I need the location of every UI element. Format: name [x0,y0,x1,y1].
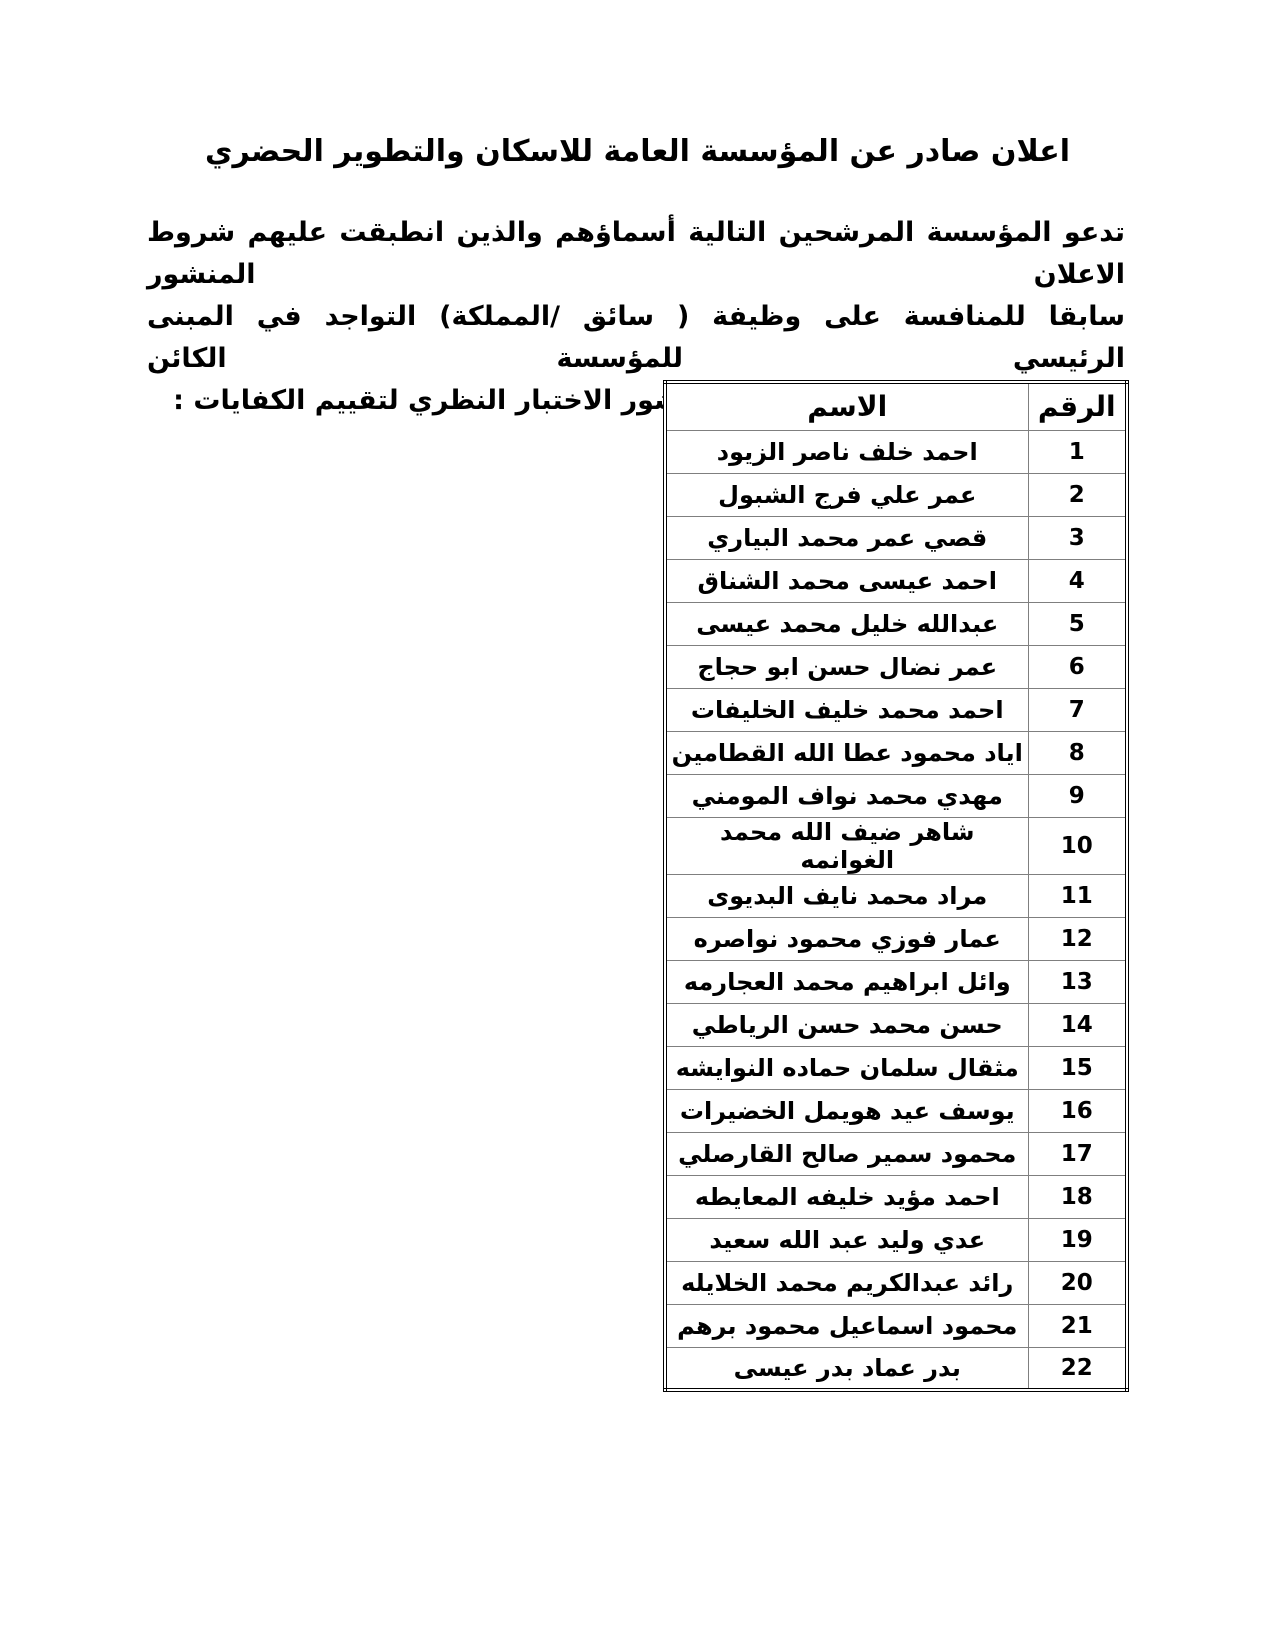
name-cell: مهدي محمد نواف المومني [665,774,1028,817]
name-cell: عمر نضال حسن ابو حجاج [665,645,1028,688]
number-cell: 11 [1028,874,1127,917]
name-cell: عمر علي فرج الشبول [665,473,1028,516]
name-cell: احمد محمد خليف الخليفات [665,688,1028,731]
table-row: 4 احمد عيسى محمد الشناق [665,559,1127,602]
table-row: 1 احمد خلف ناصر الزيود [665,430,1127,473]
name-cell: حسن محمد حسن الرياطي [665,1003,1028,1046]
name-cell: عدي وليد عبد الله سعيد [665,1218,1028,1261]
header-cell-number: الرقم [1028,382,1127,430]
table-row: 15 مثقال سلمان حماده النوايشه [665,1046,1127,1089]
number-cell: 15 [1028,1046,1127,1089]
table-row: 5 عبدالله خليل محمد عيسى [665,602,1127,645]
table-header-row: الرقم الاسم [665,382,1127,430]
number-cell: 14 [1028,1003,1127,1046]
number-cell: 21 [1028,1304,1127,1347]
name-cell: عمار فوزي محمود نواصره [665,917,1028,960]
number-cell: 17 [1028,1132,1127,1175]
number-cell: 3 [1028,516,1127,559]
number-cell: 13 [1028,960,1127,1003]
name-cell: محمود اسماعيل محمود برهم [665,1304,1028,1347]
name-cell: مثقال سلمان حماده النوايشه [665,1046,1028,1089]
table-row: 20 رائد عبدالكريم محمد الخلايله [665,1261,1127,1304]
name-cell: احمد عيسى محمد الشناق [665,559,1028,602]
name-cell: يوسف عيد هويمل الخضيرات [665,1089,1028,1132]
candidates-table-body: 1 احمد خلف ناصر الزيود 2 عمر علي فرج الش… [665,430,1127,1390]
number-cell: 8 [1028,731,1127,774]
table-row: 18 احمد مؤيد خليفه المعايطه [665,1175,1127,1218]
candidates-table: الرقم الاسم 1 احمد خلف ناصر الزيود 2 عمر… [663,380,1129,1392]
table-row: 17 محمود سمير صالح القارصلي [665,1132,1127,1175]
table-row: 16 يوسف عيد هويمل الخضيرات [665,1089,1127,1132]
table-row: 13 وائل ابراهيم محمد العجارمه [665,960,1127,1003]
name-cell: احمد خلف ناصر الزيود [665,430,1028,473]
table-row: 9 مهدي محمد نواف المومني [665,774,1127,817]
name-cell: محمود سمير صالح القارصلي [665,1132,1028,1175]
number-cell: 12 [1028,917,1127,960]
table-row: 14 حسن محمد حسن الرياطي [665,1003,1127,1046]
table-row: 11 مراد محمد نايف البديوى [665,874,1127,917]
table-row: 8 اياد محمود عطا الله القطامين [665,731,1127,774]
name-cell: بدر عماد بدر عيسى [665,1347,1028,1390]
name-cell: رائد عبدالكريم محمد الخلايله [665,1261,1028,1304]
table-row: 21 محمود اسماعيل محمود برهم [665,1304,1127,1347]
number-cell: 4 [1028,559,1127,602]
name-cell: احمد مؤيد خليفه المعايطه [665,1175,1028,1218]
document-title: اعلان صادر عن المؤسسة العامة للاسكان وال… [150,134,1125,169]
candidates-table-head: الرقم الاسم [665,382,1127,430]
name-cell: مراد محمد نايف البديوى [665,874,1028,917]
number-cell: 10 [1028,817,1127,874]
number-cell: 22 [1028,1347,1127,1390]
table-row: 7 احمد محمد خليف الخليفات [665,688,1127,731]
table-row: 22 بدر عماد بدر عيسى [665,1347,1127,1390]
number-cell: 7 [1028,688,1127,731]
number-cell: 20 [1028,1261,1127,1304]
name-cell: شاهر ضيف الله محمد الغوانمه [665,817,1028,874]
header-cell-name: الاسم [665,382,1028,430]
intro-line-2: سابقا للمنافسة على وظيفة ( سائق /المملكة… [147,296,1125,380]
number-cell: 2 [1028,473,1127,516]
name-cell: قصي عمر محمد البياري [665,516,1028,559]
name-cell: وائل ابراهيم محمد العجارمه [665,960,1028,1003]
number-cell: 19 [1028,1218,1127,1261]
number-cell: 9 [1028,774,1127,817]
number-cell: 5 [1028,602,1127,645]
number-cell: 16 [1028,1089,1127,1132]
table-row: 3 قصي عمر محمد البياري [665,516,1127,559]
table-row: 2 عمر علي فرج الشبول [665,473,1127,516]
table-row: 10 شاهر ضيف الله محمد الغوانمه [665,817,1127,874]
intro-line-1: تدعو المؤسسة المرشحين التالية أسماؤهم وا… [147,212,1125,296]
name-cell: عبدالله خليل محمد عيسى [665,602,1028,645]
number-cell: 6 [1028,645,1127,688]
number-cell: 18 [1028,1175,1127,1218]
number-cell: 1 [1028,430,1127,473]
table-row: 6 عمر نضال حسن ابو حجاج [665,645,1127,688]
document-page: اعلان صادر عن المؤسسة العامة للاسكان وال… [0,0,1275,1650]
table-row: 19 عدي وليد عبد الله سعيد [665,1218,1127,1261]
table-row: 12 عمار فوزي محمود نواصره [665,917,1127,960]
name-cell: اياد محمود عطا الله القطامين [665,731,1028,774]
